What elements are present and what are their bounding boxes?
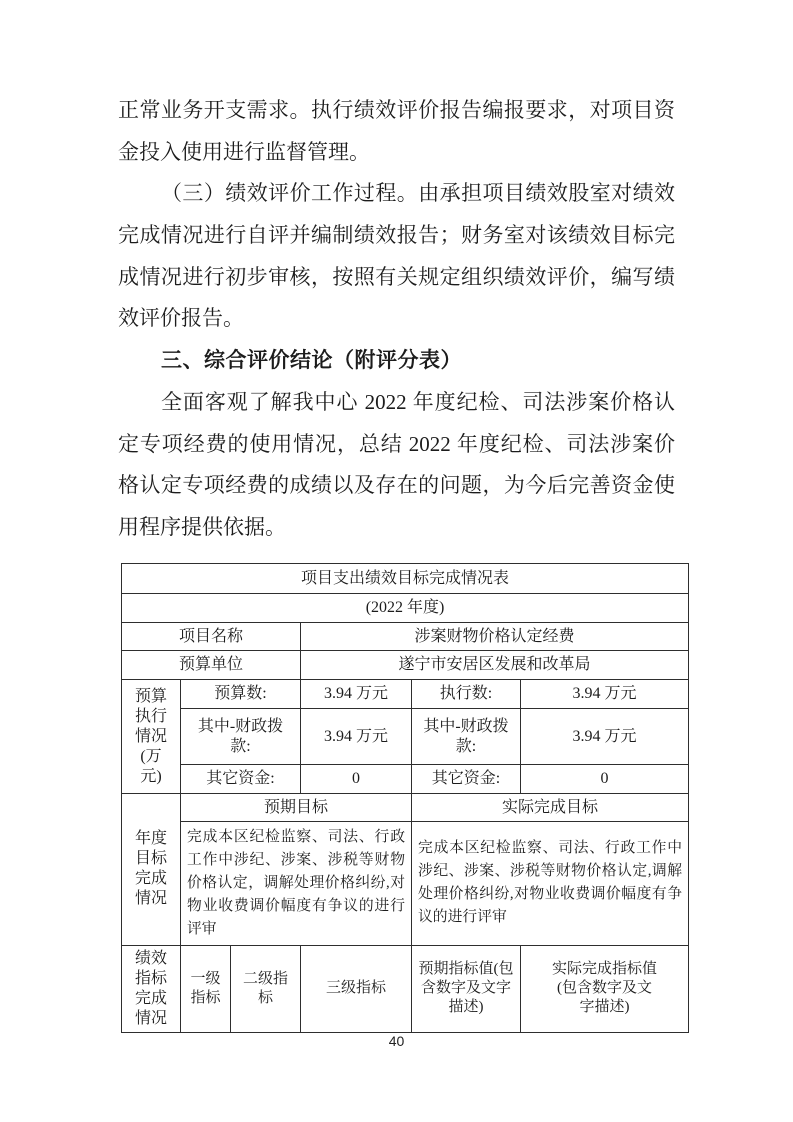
section-heading: 三、综合评价结论（附评分表）: [118, 340, 675, 382]
body-line-5: 成情况进行初步审核，按照有关规定组织绩效评价，编写绩: [118, 257, 675, 299]
budget-other-value: 0: [301, 765, 412, 794]
project-name-label: 项目名称: [122, 623, 301, 651]
table-title: 项目支出绩效目标完成情况表: [122, 564, 689, 594]
actual-value-header: 实际完成指标值 (包含数字及文 字描述): [521, 945, 689, 1032]
body-line-9: 定专项经费的使用情况，总结 2022 年度纪检、司法涉案价: [118, 424, 675, 466]
performance-target-table: 项目支出绩效目标完成情况表 (2022 年度) 项目名称 涉案财物价格认定经费 …: [121, 563, 689, 1033]
document-page: 正常业务开支需求。执行绩效评价报告编报要求，对项目资 金投入使用进行监督管理。 …: [0, 0, 793, 1122]
body-line-4: 完成情况进行自评并编制绩效报告；财务室对该绩效目标完: [118, 215, 675, 257]
body-text: 正常业务开支需求。执行绩效评价报告编报要求，对项目资 金投入使用进行监督管理。 …: [118, 90, 675, 549]
level3-indicator-header: 三级指标: [301, 945, 412, 1032]
exec-fiscal-value: 3.94 万元: [521, 709, 689, 765]
exec-other-value: 0: [521, 765, 689, 794]
annual-goal-section-label: 年度 目标 完成 情况: [122, 794, 181, 946]
exec-fiscal-label: 其中-财政拨 款:: [412, 709, 521, 765]
exec-other-label: 其它资金:: [412, 765, 521, 794]
budget-amount-label: 预算数:: [181, 680, 301, 709]
budget-exec-section-label: 预算 执行 情况 (万 元): [122, 680, 181, 794]
expected-value-header: 预期指标值(包 含数字及文字 描述): [412, 945, 521, 1032]
actual-goal-header: 实际完成目标: [412, 794, 689, 822]
page-number: 40: [0, 1033, 793, 1049]
expected-goal-text: 完成本区纪检监察、司法、行政工作中涉纪、涉案、涉税等财物价格认定，调解处理价格纠…: [181, 822, 412, 946]
actual-goal-text: 完成本区纪检监察、司法、行政工作中涉纪、涉案、涉税等财物价格认定,调解处理价格纠…: [412, 822, 689, 946]
table-year: (2022 年度): [122, 594, 689, 623]
budget-amount-value: 3.94 万元: [301, 680, 412, 709]
indicator-section-label: 绩效 指标 完成 情况: [122, 945, 181, 1032]
project-name-value: 涉案财物价格认定经费: [301, 623, 689, 651]
budget-fiscal-value: 3.94 万元: [301, 709, 412, 765]
body-line-6: 效评价报告。: [118, 298, 675, 340]
budget-other-label: 其它资金:: [181, 765, 301, 794]
level2-indicator-header: 二级指 标: [231, 945, 301, 1032]
body-line-2: 金投入使用进行监督管理。: [118, 132, 675, 174]
body-line-8: 全面客观了解我中心 2022 年度纪检、司法涉案价格认: [118, 382, 675, 424]
body-line-10: 格认定专项经费的成绩以及存在的问题，为今后完善资金使: [118, 465, 675, 507]
body-line-3: （三）绩效评价工作过程。由承担项目绩效股室对绩效: [118, 173, 675, 215]
exec-amount-value: 3.94 万元: [521, 680, 689, 709]
level1-indicator-header: 一级 指标: [181, 945, 231, 1032]
exec-amount-label: 执行数:: [412, 680, 521, 709]
budget-unit-value: 遂宁市安居区发展和改革局: [301, 651, 689, 680]
body-line-11: 用程序提供依据。: [118, 507, 675, 549]
budget-fiscal-label: 其中-财政拨 款:: [181, 709, 301, 765]
expected-goal-header: 预期目标: [181, 794, 412, 822]
body-line-1: 正常业务开支需求。执行绩效评价报告编报要求，对项目资: [118, 90, 675, 132]
budget-unit-label: 预算单位: [122, 651, 301, 680]
